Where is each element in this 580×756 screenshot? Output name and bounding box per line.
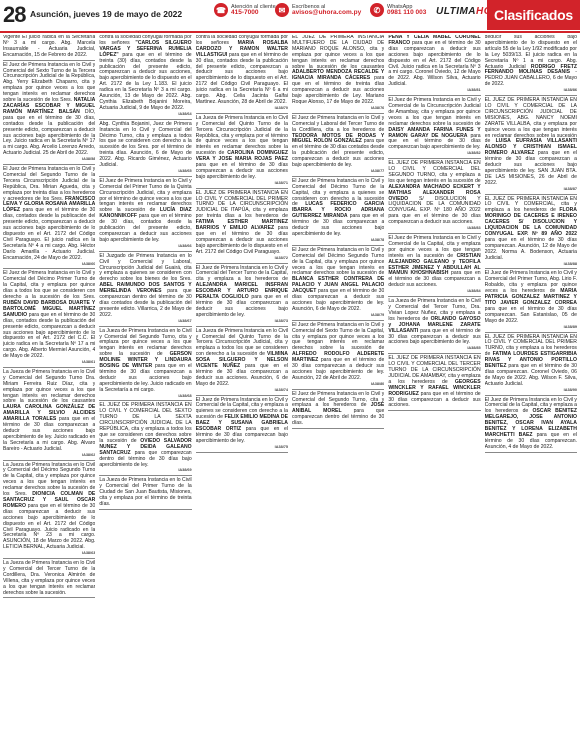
legal-notice: EL JUEZ DE PRIMERA INSTANCIA EN LO CIVIL… (485, 335, 577, 396)
notice-reference: IA38/84 (388, 289, 480, 295)
notice-reference: IA38/77 (292, 169, 384, 175)
legal-notice: EL JUEZ DE PRIMERA INSTANCIA EN LO CIVIL… (388, 161, 480, 234)
legal-notice: EL JUEZ DE PRIMERA INSTANCIA EN LO CIVIL… (485, 197, 577, 270)
notice-bold: DAISY AMANDA FARINA FUNES Y RAMON GARAY … (388, 127, 480, 139)
legal-notice: La Jueza de Primera Instancia en lo Civi… (3, 561, 95, 598)
notice-reference: IA38/88 (485, 262, 577, 268)
legal-notice: EL JUEZ DE PRIMERA INSTANCIA EN LO CIVIL… (99, 403, 191, 476)
legal-notice: El Juez de Primera Instancia en lo Civil… (292, 116, 384, 177)
legal-notice: El Juez de Primera Instancia en lo Civil… (388, 236, 480, 297)
header-divider (0, 31, 580, 33)
column-1: Vigente El juicio radica en la Secretarí… (3, 35, 95, 753)
legal-notice: El Juez de Primera Instancia en lo Civil… (3, 167, 95, 269)
legal-notice: El Juez de Primera Instancia en lo Civil… (292, 248, 384, 321)
notice-tail: para que en el término de 30 días, conta… (196, 52, 288, 105)
notice-body: EL JUEZ DE PRIMERA INSTANCIA EN LO CIVIL… (485, 97, 577, 144)
notice-tail: para que en el término de treinta (30) d… (99, 52, 191, 111)
notice-body: La Jueza de Primera Instancia en lo Civi… (3, 560, 95, 596)
notice-reference: IA38/80 (292, 382, 384, 388)
notice-reference: IA38/69 (99, 468, 191, 474)
legal-notice: La Jueza de Primera Instancia en lo Civi… (99, 329, 191, 402)
notice-tail: para que en el término de 30 días compar… (485, 150, 577, 186)
notice-bold: ADALBERTO MENDOZA RECALDE Y IGNACIA MIRA… (292, 69, 384, 81)
notice-reference: IA38/75 (196, 445, 288, 451)
notice-reference: IA38/68 (99, 394, 191, 400)
notice-body: El Juez de Primera Instancia en lo Civil… (196, 265, 288, 283)
notice-tail: para que en el término de 30 días compar… (485, 306, 577, 324)
notice-reference: IA38/72 (196, 256, 288, 262)
notice-reference: IA38/82 (388, 151, 480, 157)
notice-reference: IA38/81 (388, 88, 480, 94)
notice-body: El Juzgado de Primera Instancia en lo Ci… (99, 253, 191, 283)
notice-reference: IA38/76 (292, 106, 384, 112)
column-3: contra la sociedad conyugal formada por … (196, 35, 288, 753)
notice-reference: IA38/73 (196, 319, 288, 325)
notice-body: El Juez de Primera Instancia en lo Civil… (292, 115, 384, 133)
notice-reference: IA38/83 (388, 226, 480, 232)
notice-reference: IA38/89 (485, 325, 577, 331)
brand-main: ULTIMA (436, 6, 476, 17)
notice-reference: IA38/67 (99, 319, 191, 325)
contact-email: ✉ Escríbenos alavisos@uhora.com.py (275, 3, 361, 17)
notice-reference: IA38/58 (3, 157, 95, 163)
notice-reference: IA38/70 (196, 106, 288, 112)
notice-body: Vigente El juicio radica en la Secretarí… (3, 35, 95, 58)
contact-value[interactable]: avisos@uhora.com.py (292, 10, 361, 17)
legal-notice: La Jueza de Primera Instancia en lo Civi… (196, 116, 288, 189)
notice-reference: IA38/79 (292, 313, 384, 319)
page-header: 28 Asunción, jueves 19 de mayo de 2022 ☎… (0, 0, 580, 34)
notice-body: El Juez de Primera Instancia en lo Civil… (388, 97, 480, 127)
page-number: 28 (3, 2, 25, 28)
contact-phone: ☎ Atención al cliente415-7000 (214, 3, 276, 17)
whatsapp-icon: ✆ (370, 3, 384, 17)
legal-notice: La Jueza de Primera Instancia en lo Civi… (3, 463, 95, 560)
legal-notice: El Juez de Primera Instancia en lo Civil… (196, 266, 288, 327)
notice-reference: IA38/74 (196, 388, 288, 394)
notice-body: EL JUEZ DE PRIMERA INSTANCIA MULTIFUERO … (292, 35, 384, 70)
notice-tail: DÍO, para que en el término de 30 días, … (3, 109, 95, 156)
notice-reference: IA38/65 (99, 169, 191, 175)
column-4: EL JUEZ DE PRIMERA INSTANCIA MULTIFUERO … (292, 35, 384, 753)
notice-reference: IA38/86 (485, 88, 577, 94)
legal-notice: contra la sociedad conyugal formada por … (196, 35, 288, 114)
legal-notice: El Juez de Primera Instancia en lo Civil… (292, 323, 384, 390)
notice-reference: IA38/63 (3, 551, 95, 557)
notice-tail: para que en el término de 30 días compar… (3, 416, 95, 452)
notice-reference: IA38/61 (3, 360, 95, 366)
page-date: Asunción, jueves 19 de mayo de 2022 (30, 9, 182, 19)
contact-value: 0981 110 003 (387, 10, 426, 17)
notice-body: EL JUEZ DE PRIMERA INSTANCIA EN LO CIVIL… (196, 190, 288, 220)
legal-notice: EL JUEZ DE PRIMERA INSTANCIA EN LO CIVIL… (485, 98, 577, 195)
notice-reference: IA38/66 (99, 244, 191, 250)
legal-notice: El Juez de Primera Instancia en lo Civil… (485, 271, 577, 332)
notice-tail: para que en el término de 30 días, conta… (3, 312, 95, 359)
legal-notice: EL JUEZ DE PRIMERA INSTANCIA EN LO CIVIL… (196, 191, 288, 264)
notice-body: EL JUEZ DE PRIMERA INSTANCIA EN LO CIVIL… (388, 160, 480, 184)
notice-tail: para que en el término de 30 días compar… (196, 162, 288, 180)
legal-notice: La Jueza de Primera Instancia en lo Civi… (99, 478, 191, 510)
legal-notice: La Jueza de Primera Instancia en lo Civi… (388, 299, 480, 354)
notice-reference: IA38/90 (485, 388, 577, 394)
legal-notice: El Juez de Primera Instancia en lo Civil… (196, 398, 288, 453)
notice-tail: para que en el término de 30 días compar… (3, 503, 95, 550)
legal-notice: EL JUEZ DE PRIMERA INSTANCIA MULTIFUERO … (292, 35, 384, 114)
legal-notice: Abg. Cynthia Bojanini, Juez de Primera I… (99, 122, 191, 177)
column-5: PEÑA Y CELIA MABEL CORONEL FRANCO para q… (388, 35, 480, 753)
legal-notice: deducir sus acciones bajo apercibimiento… (485, 35, 577, 96)
contact-value: 415-7000 (231, 10, 276, 17)
notice-body: El Juez de Primera Instancia en lo Civil… (292, 322, 384, 352)
email-icon: ✉ (275, 3, 289, 17)
phone-icon: ☎ (214, 3, 228, 17)
column-2: contra la sociedad conyugal formada por … (99, 35, 191, 753)
legal-notice: PEÑA Y CELIA MABEL CORONEL FRANCO para q… (388, 35, 480, 96)
notice-tail: para que en el término de 30 días compar… (388, 40, 480, 87)
legal-notice: El Juez de Primera Instancia en lo Civil… (485, 398, 577, 453)
legal-notice: contra la sociedad conyugal formada por … (99, 35, 191, 120)
column-6: deducir sus acciones bajo apercibimiento… (485, 35, 577, 753)
legal-notice: Vigente El juicio radica en la Secretarí… (3, 35, 95, 61)
legal-notice: EL JUEZ DE PRIMERA INSTANCIA EN LO CIVIL… (388, 356, 480, 411)
notice-body: El Juez de Primera Instancia en lo Civil… (292, 247, 384, 277)
notice-reference: IA38/85 (388, 346, 480, 352)
notice-body: La Jueza de Primera Instancia en lo Civi… (3, 369, 95, 405)
legal-notice: El Juez de Primera Instancia en lo Civil… (3, 63, 95, 165)
contact-whatsapp: ✆ WhatsApp0981 110 003 (370, 3, 426, 17)
notice-reference: IA38/71 (196, 181, 288, 187)
legal-notice: El Juez de Primera Instancia en lo Civil… (3, 271, 95, 368)
legal-notice: La Jueza de Primera Instancia en lo Civi… (3, 370, 95, 461)
legal-notice: La Jueza de Primera Instancia en lo Civi… (196, 329, 288, 396)
notice-tail: para que en el término de 30 días compar… (485, 237, 577, 261)
legal-notice: El Juez de Primera Instancia en lo Civil… (99, 179, 191, 252)
section-title: Clasificados (487, 0, 580, 30)
notice-reference: IA38/60 (3, 262, 95, 268)
notice-body: El Juez de Primera Instancia en lo Civil… (3, 270, 95, 300)
classifieds-columns: Vigente El juicio radica en la Secretarí… (3, 35, 577, 753)
notice-bold: FATIMA ESTHER MARTINEZ BARRIOS Y EMILIO … (196, 219, 288, 231)
notice-body: La Jueza de Primera Instancia en lo Civi… (99, 477, 191, 507)
notice-reference: IA38/64 (99, 112, 191, 118)
legal-notice: El Juez de Primera Instancia en lo Civil… (388, 98, 480, 159)
notice-reference: IA38/62 (3, 453, 95, 459)
legal-notice: El Juzgado de Primera Instancia en lo Ci… (99, 254, 191, 327)
legal-notice: El Juez de Primera Instancia en lo Civil… (292, 392, 384, 429)
notice-reference: IA38/87 (485, 187, 577, 193)
notice-tail: para que en el término de 30 días, conta… (3, 207, 95, 260)
notice-reference: IA38/78 (292, 238, 384, 244)
legal-notice: El Juez de Primera Instancia en lo Civil… (292, 179, 384, 246)
